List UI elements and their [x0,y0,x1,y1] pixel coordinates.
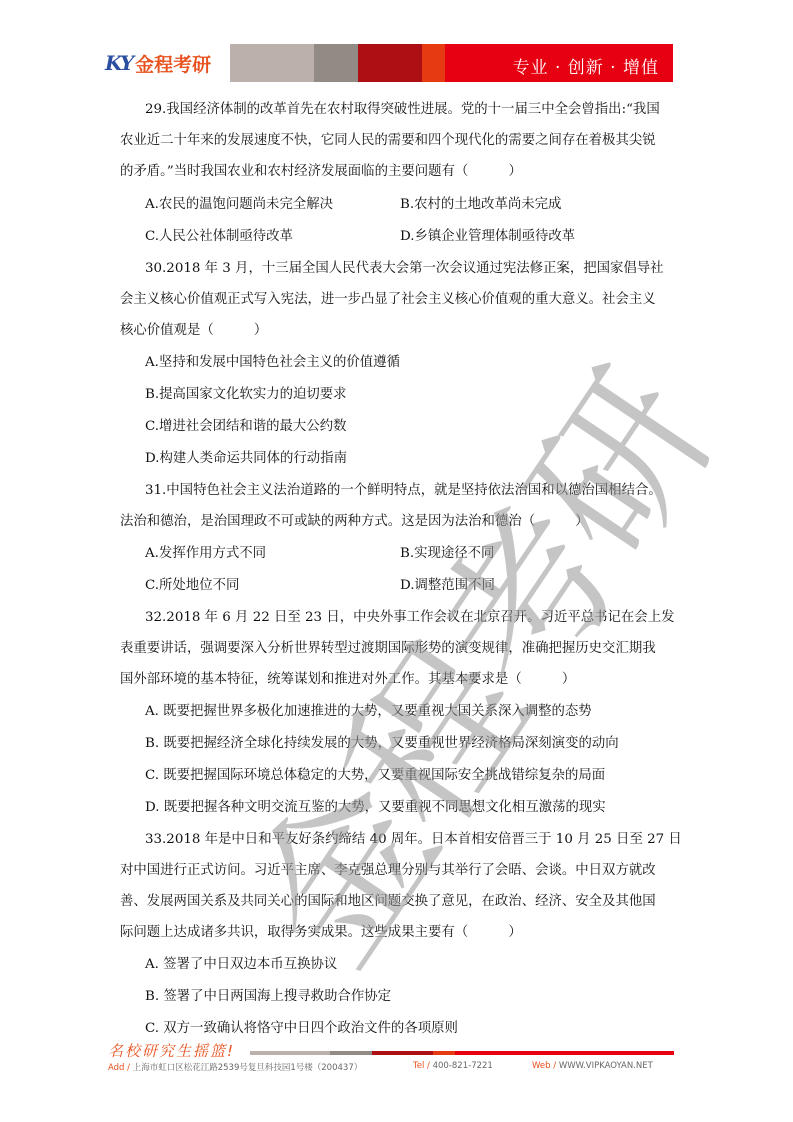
footer-slogan: 名校研究生摇篮! [108,1040,235,1061]
ky-logo-icon: KY [105,51,132,75]
page-footer: 名校研究生摇篮! Add / 上海市虹口区松花江路2539号复旦科技园1号楼（2… [108,1040,674,1080]
q30-option-c: C.增进社会团结和谐的最大公约数 [145,419,347,435]
q31-option-b: B.实现途径不同 [400,546,494,562]
q32-option-d: D. 既要把握各种文明交流互鉴的大势，又要重视不同思想文化相互激荡的现实 [145,800,606,816]
document-page: KY 金程考研 专业 · 创新 · 增值 29.我国经济体制的改革首先在农村取得… [0,0,793,1122]
footer-bar-light-gray [250,1051,330,1055]
q29-option-c: C.人民公社体制亟待改革 [145,229,293,245]
q30-stem-line-3: 核心价值观是（ ） [120,323,267,339]
header-bar-orange [422,44,445,82]
q30-stem-line-1: 30.2018 年 3 月，十三届全国人民代表大会第一次会议通过宪法修正案，把国… [145,261,664,277]
q33-stem-line-4: 际问题上达成诸多共识，取得务实成果。这些成果主要有（ ） [120,925,522,941]
q29-stem-line-2: 农业近二十年来的发展速度不快，它同人民的需要和四个现代化的需要之间存在着极其尖锐 [120,133,656,149]
q33-option-c: C. 双方一致确认将恪守中日四个政治文件的各项原则 [145,1021,458,1037]
q31-option-c: C.所处地位不同 [145,578,239,594]
q33-option-b: B. 签署了中日两国海上搜寻救助合作协定 [145,989,391,1005]
q32-option-a: A. 既要把握世界多极化加速推进的大势，又要重视大国关系深入调整的态势 [145,704,592,720]
address-value: 上海市虹口区松花江路2539号复旦科技园1号楼（200437） [133,1063,363,1073]
tel-value: 400-821-7221 [433,1061,493,1071]
watermark: 金程考研 [173,304,768,1021]
q29-stem-line-3: 的矛盾。”当时我国农业和农村经济发展面临的主要问题有（ ） [120,164,522,180]
q33-option-a: A. 签署了中日双边本币互换协议 [145,957,337,973]
q32-option-b: B. 既要把握经济全球化持续发展的大势，又要重视世界经济格局深刻演变的动向 [145,736,619,752]
q31-stem-line-1: 31.中国特色社会主义法治道路的一个鲜明特点，就是坚持依法治国和以德治国相结合。 [145,483,662,499]
q29-stem-line-1: 29.我国经济体制的改革首先在农村取得突破性进展。党的十一届三中全会曾指出:“我… [145,102,660,118]
q32-stem-line-2: 表重要讲话，强调要深入分析世界转型过渡期国际形势的演变规律，准确把握历史交汇期我 [120,641,656,657]
footer-bar-dark-gray [330,1051,372,1055]
q29-option-b: B.农村的土地改革尚未完成 [400,197,561,213]
q29-option-a: A.农民的温饱问题尚未完全解决 [145,197,333,213]
q31-option-a: A.发挥作用方式不同 [145,546,266,562]
q30-option-a: A.坚持和发展中国特色社会主义的价值遵循 [145,355,400,371]
footer-address: Add / 上海市虹口区松花江路2539号复旦科技园1号楼（200437） [108,1061,362,1073]
web-value[interactable]: WWW.VIPKAOYAN.NET [559,1061,653,1071]
header-bar-light-gray [230,44,314,82]
header-slogan: 专业 · 创新 · 增值 [513,53,659,78]
q31-stem-line-2: 法治和德治，是治国理政不可或缺的两种方式。这是因为法治和德治（ ） [120,514,589,530]
header-bar-dark-gray [314,44,358,82]
q32-stem-line-1: 32.2018 年 6 月 22 日至 23 日，中央外事工作会议在北京召开。习… [145,610,674,626]
q32-stem-line-3: 国外部环境的基本特征，统筹谋划和推进对外工作。其基本要求是（ ） [120,672,575,688]
q30-stem-line-2: 会主义核心价值观正式写入宪法，进一步凸显了社会主义核心价值观的重大意义。社会主义 [120,292,656,308]
brand-logo: KY 金程考研 [105,48,211,78]
footer-web: Web / WWW.VIPKAOYAN.NET [532,1061,653,1071]
brand-name: 金程考研 [135,50,211,77]
q31-option-d: D.调整范围不同 [400,578,495,594]
header-bar-dark-red [358,44,422,82]
footer-bar-orange [433,1051,455,1055]
q32-option-c: C. 既要把握国际环境总体稳定的大势，又要重视国际安全挑战错综复杂的局面 [145,768,605,784]
q33-stem-line-1: 33.2018 年是中日和平友好条约缔结 40 周年。日本首相安倍晋三于 10 … [145,832,682,848]
q33-stem-line-2: 对中国进行正式访问。习近平主席、李克强总理分别与其举行了会晤、会谈。中日双方就改 [120,863,656,879]
tel-label: Tel / [413,1061,430,1071]
address-label: Add / [108,1063,130,1073]
q29-option-d: D.乡镇企业管理体制亟待改革 [400,229,575,245]
q33-stem-line-3: 善、发展两国关系及共同关心的国际和地区问题交换了意见，在政治、经济、安全及其他国 [120,894,656,910]
footer-bar-dark-red [372,1051,433,1055]
footer-tel: Tel / 400-821-7221 [413,1061,493,1071]
q30-option-b: B.提高国家文化软实力的迫切要求 [145,387,347,403]
web-label: Web / [532,1061,556,1071]
q30-option-d: D.构建人类命运共同体的行动指南 [145,451,347,467]
page-header: KY 金程考研 专业 · 创新 · 增值 [105,44,673,82]
footer-bar-red [455,1051,674,1055]
